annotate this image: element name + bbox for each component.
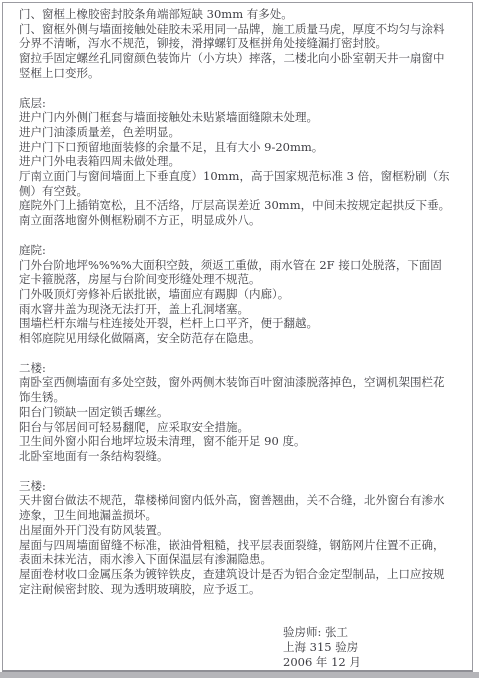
signature-block: 验房师: 张工 上海 315 验房 2006 年 12 月 bbox=[283, 625, 453, 670]
section-heading: 底层: bbox=[19, 96, 453, 111]
report-line: 屋面卷材收口金属压条为镀锌铁皮，查建筑设计是否为铝合金定型制品，上口应按规定注耐… bbox=[19, 567, 453, 596]
report-line: 北卧室地面有一条结构裂缝。 bbox=[19, 449, 453, 464]
report-section: 底层:进户门内外侧门框套与墙面接触处未贴紧墙面缝隙未处理。进户门油漆质量差，色差… bbox=[19, 96, 453, 228]
report-line: 庭院外门上插销宽松，且不活络，厅层高误差近 30mm，中间未按规定起拱反下垂。 bbox=[19, 198, 453, 213]
report-line: 卫生间外窗小阳台地坪垃圾未清理，窗不能开足 90 度。 bbox=[19, 434, 453, 449]
inspector-name: 验房师: 张工 bbox=[283, 625, 453, 640]
report-line: 南卧室西侧墙面有多处空鼓，窗外两侧木装饰百叶窗油漆脱落掉色，空调机架围栏花饰生锈… bbox=[19, 375, 453, 404]
report-date: 2006 年 12 月 bbox=[283, 655, 453, 670]
section-heading: 庭院: bbox=[19, 243, 453, 258]
report-section: 三楼:天井窗台做法不规范，靠楼梯间窗内低外高，窗善翘曲，关不合缝，北外窗台有渗水… bbox=[19, 479, 453, 597]
report-line: 窗拉手固定螺丝孔同窗颜色装饰片（小方块）摔落，二楼北向小卧室朝天井一扇窗中竖框上… bbox=[19, 51, 453, 80]
report-line: 雨水窨井盖为现浇无法打开，盖上孔洞堵塞。 bbox=[19, 302, 453, 317]
page-shadow bbox=[0, 672, 479, 678]
report-line: 出屋面外开门没有防风装置。 bbox=[19, 523, 453, 538]
report-body: 门、窗框上橡胶密封胶条角端部短缺 30mm 有多处。门、窗框外侧与墙面接触处硅胶… bbox=[19, 7, 453, 596]
report-section: 门、窗框上橡胶密封胶条角端部短缺 30mm 有多处。门、窗框外侧与墙面接触处硅胶… bbox=[19, 7, 453, 81]
report-line: 相邻庭院见用绿化做隔离，安全防范存在隐患。 bbox=[19, 331, 453, 346]
report-line: 屋面与四周墙面留缝不标准，嵌油骨粗糙，找平层表面裂缝，钢筋网片住置不正确，表面未… bbox=[19, 538, 453, 567]
report-line: 门、窗框上橡胶密封胶条角端部短缺 30mm 有多处。 bbox=[19, 7, 453, 22]
report-line: 进户门油漆质量差，色差明显。 bbox=[19, 125, 453, 140]
section-heading: 三楼: bbox=[19, 479, 453, 494]
inspection-report-page: 门、窗框上橡胶密封胶条角端部短缺 30mm 有多处。门、窗框外侧与墙面接触处硅胶… bbox=[2, 2, 473, 672]
report-line: 门外吸顶灯旁修补后嵌批嵌，墙面应有踢脚（内廊）。 bbox=[19, 287, 453, 302]
report-line: 围墙栏杆东端与柱连接处开裂，栏杆上口平齐，便于翻越。 bbox=[19, 316, 453, 331]
report-line: 阳台与邻居间可轻易翻爬，应采取安全措施。 bbox=[19, 420, 453, 435]
report-line: 进户门内外侧门框套与墙面接触处未贴紧墙面缝隙未处理。 bbox=[19, 110, 453, 125]
report-line: 天井窗台做法不规范，靠楼梯间窗内低外高，窗善翘曲，关不合缝，北外窗台有渗水迹象，… bbox=[19, 493, 453, 522]
report-line: 厅南立面门与窗间墙面上下垂直度）10mm，高于国家规范标准 3 倍，窗框粉刷（东… bbox=[19, 169, 453, 198]
report-line: 门、窗框外侧与墙面接触处硅胶未采用同一品牌，施工质量马虎，厚度不均匀与涂料分界不… bbox=[19, 22, 453, 51]
report-section: 庭院:门外台阶地坪%%%%大面积空鼓，须返工重做，雨水管在 2F 接口处脱落，下… bbox=[19, 243, 453, 346]
report-section: 二楼:南卧室西侧墙面有多处空鼓，窗外两侧木装饰百叶窗油漆脱落掉色，空调机架围栏花… bbox=[19, 361, 453, 464]
organization-name: 上海 315 验房 bbox=[283, 640, 453, 655]
report-line: 阳台门锁缺一固定锁舌螺丝。 bbox=[19, 405, 453, 420]
report-line: 门外台阶地坪%%%%大面积空鼓，须返工重做，雨水管在 2F 接口处脱落，下面固定… bbox=[19, 258, 453, 287]
section-heading: 二楼: bbox=[19, 361, 453, 376]
report-line: 进户门外电表箱四周未做处理。 bbox=[19, 154, 453, 169]
report-line: 进户门下口预留地面装修的余量不足，且有大小 9-20mm。 bbox=[19, 140, 453, 155]
report-line: 南立面落地窗外侧框粉刷不方正，明显成外八。 bbox=[19, 213, 453, 228]
